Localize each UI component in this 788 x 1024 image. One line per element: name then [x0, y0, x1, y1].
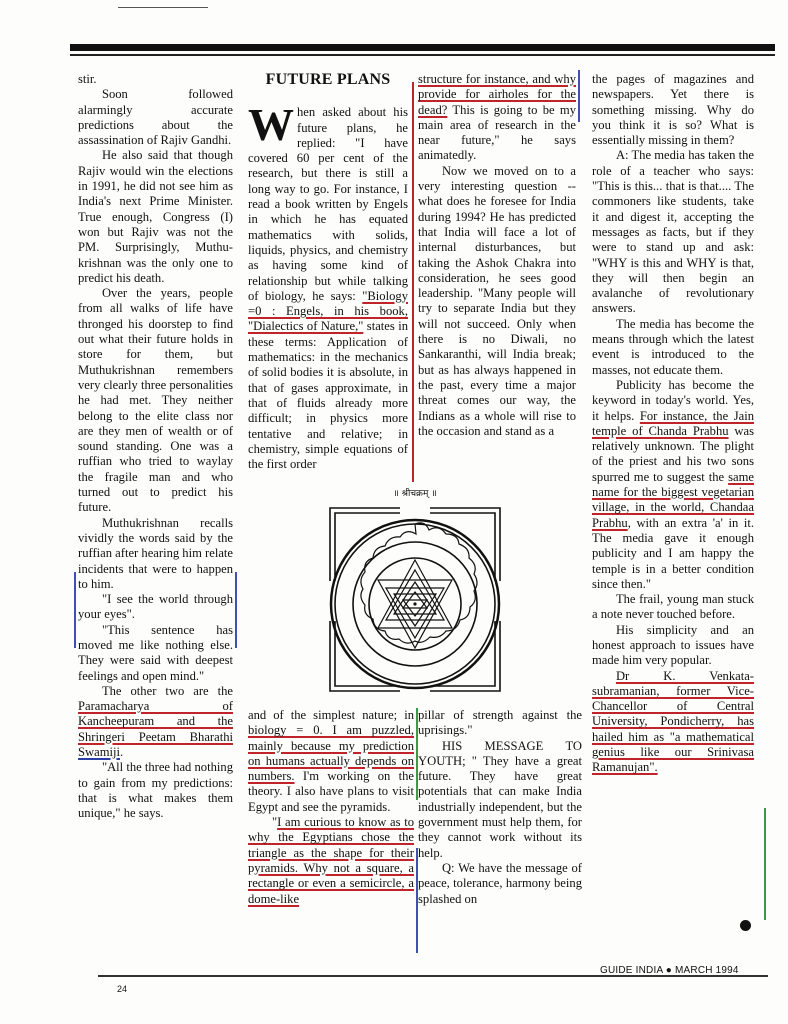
highlighted-text-red: Dr K. Venkata-subramanian, former Vice-C… — [592, 669, 754, 775]
footer-rule — [98, 975, 768, 977]
sri-yantra-icon — [300, 486, 530, 701]
paragraph: The media has become the means through w… — [592, 317, 754, 378]
paragraph: Soon followed alarmingly accurate predic… — [78, 87, 233, 148]
page-number: 24 — [117, 984, 127, 994]
text: and of the simplest nature; in — [248, 708, 414, 722]
header-rule-thick — [70, 44, 775, 51]
paragraph: When asked about his future plans, he re… — [248, 105, 408, 472]
paragraph: Publicity has become the keyword in toda… — [592, 378, 754, 592]
text: states in these terms: Application of ma… — [248, 319, 408, 471]
paragraph: The frail, young man stuck a note never … — [592, 592, 754, 623]
paragraph: Muthukrishnan recalls vividly the words … — [78, 516, 233, 592]
margin-mark-blue — [235, 572, 237, 648]
column-3-continued: pillar of strength against the uprisings… — [418, 708, 582, 907]
column-3: structure for instance, and why provide … — [418, 72, 576, 439]
section-heading: FUTURE PLANS — [248, 72, 408, 87]
highlighted-text-blue: Swamiji — [78, 745, 120, 759]
margin-mark-red — [412, 82, 414, 482]
drop-cap: W — [248, 107, 294, 143]
paragraph: "I am curious to know as to why the Egyp… — [248, 815, 414, 907]
column-1: stir. Soon followed alarmingly accurate … — [78, 72, 233, 822]
margin-mark-blue — [74, 572, 76, 648]
text: The other two are the — [102, 684, 233, 698]
text: . — [120, 745, 123, 759]
paragraph: the pages of magazines and newspapers. Y… — [592, 72, 754, 148]
paragraph: Q: We have the message of peace, toleran… — [418, 861, 582, 907]
paragraph: Dr K. Venkata-subramanian, former Vice-C… — [592, 669, 754, 776]
paragraph: stir. — [78, 72, 233, 87]
margin-mark-green — [764, 808, 766, 920]
end-of-article-bullet-icon — [740, 920, 751, 931]
quote: "I see the world through your eyes". — [78, 592, 233, 623]
paragraph: His simplicity and an honest approach to… — [592, 623, 754, 669]
paragraph: "This sentence has moved me like nothing… — [78, 623, 233, 684]
header-rule-thin — [70, 54, 775, 56]
paragraph: Over the years, people from all walks of… — [78, 286, 233, 515]
sri-yantra-figure: ॥ श्रीचक्रम् ॥ — [300, 486, 530, 701]
paragraph: pillar of strength against the uprisings… — [418, 708, 582, 739]
paragraph: "All the three had nothing to gain from … — [78, 760, 233, 821]
paragraph: HIS MESSAGE TO YOUTH; " They have a grea… — [418, 739, 582, 861]
paragraph: and of the simplest nature; in biology =… — [248, 708, 414, 815]
paragraph: Now we moved on to a very interesting qu… — [418, 164, 576, 439]
margin-mark-blue — [578, 70, 580, 122]
top-scan-line — [118, 7, 208, 8]
column-4: the pages of magazines and newspapers. Y… — [592, 72, 754, 776]
paragraph: A: The media has taken the role of a tea… — [592, 148, 754, 316]
paragraph: The other two are the Paramacharya of Ka… — [78, 684, 233, 760]
column-2-continued: and of the simplest nature; in biology =… — [248, 708, 414, 907]
column-2: FUTURE PLANS When asked about his future… — [248, 72, 408, 472]
paragraph: He also said that though Rajiv would win… — [78, 148, 233, 286]
highlighted-text-red: Paramacharya of Kancheepuram and the Shr… — [78, 699, 233, 744]
paragraph: structure for instance, and why provide … — [418, 72, 576, 164]
